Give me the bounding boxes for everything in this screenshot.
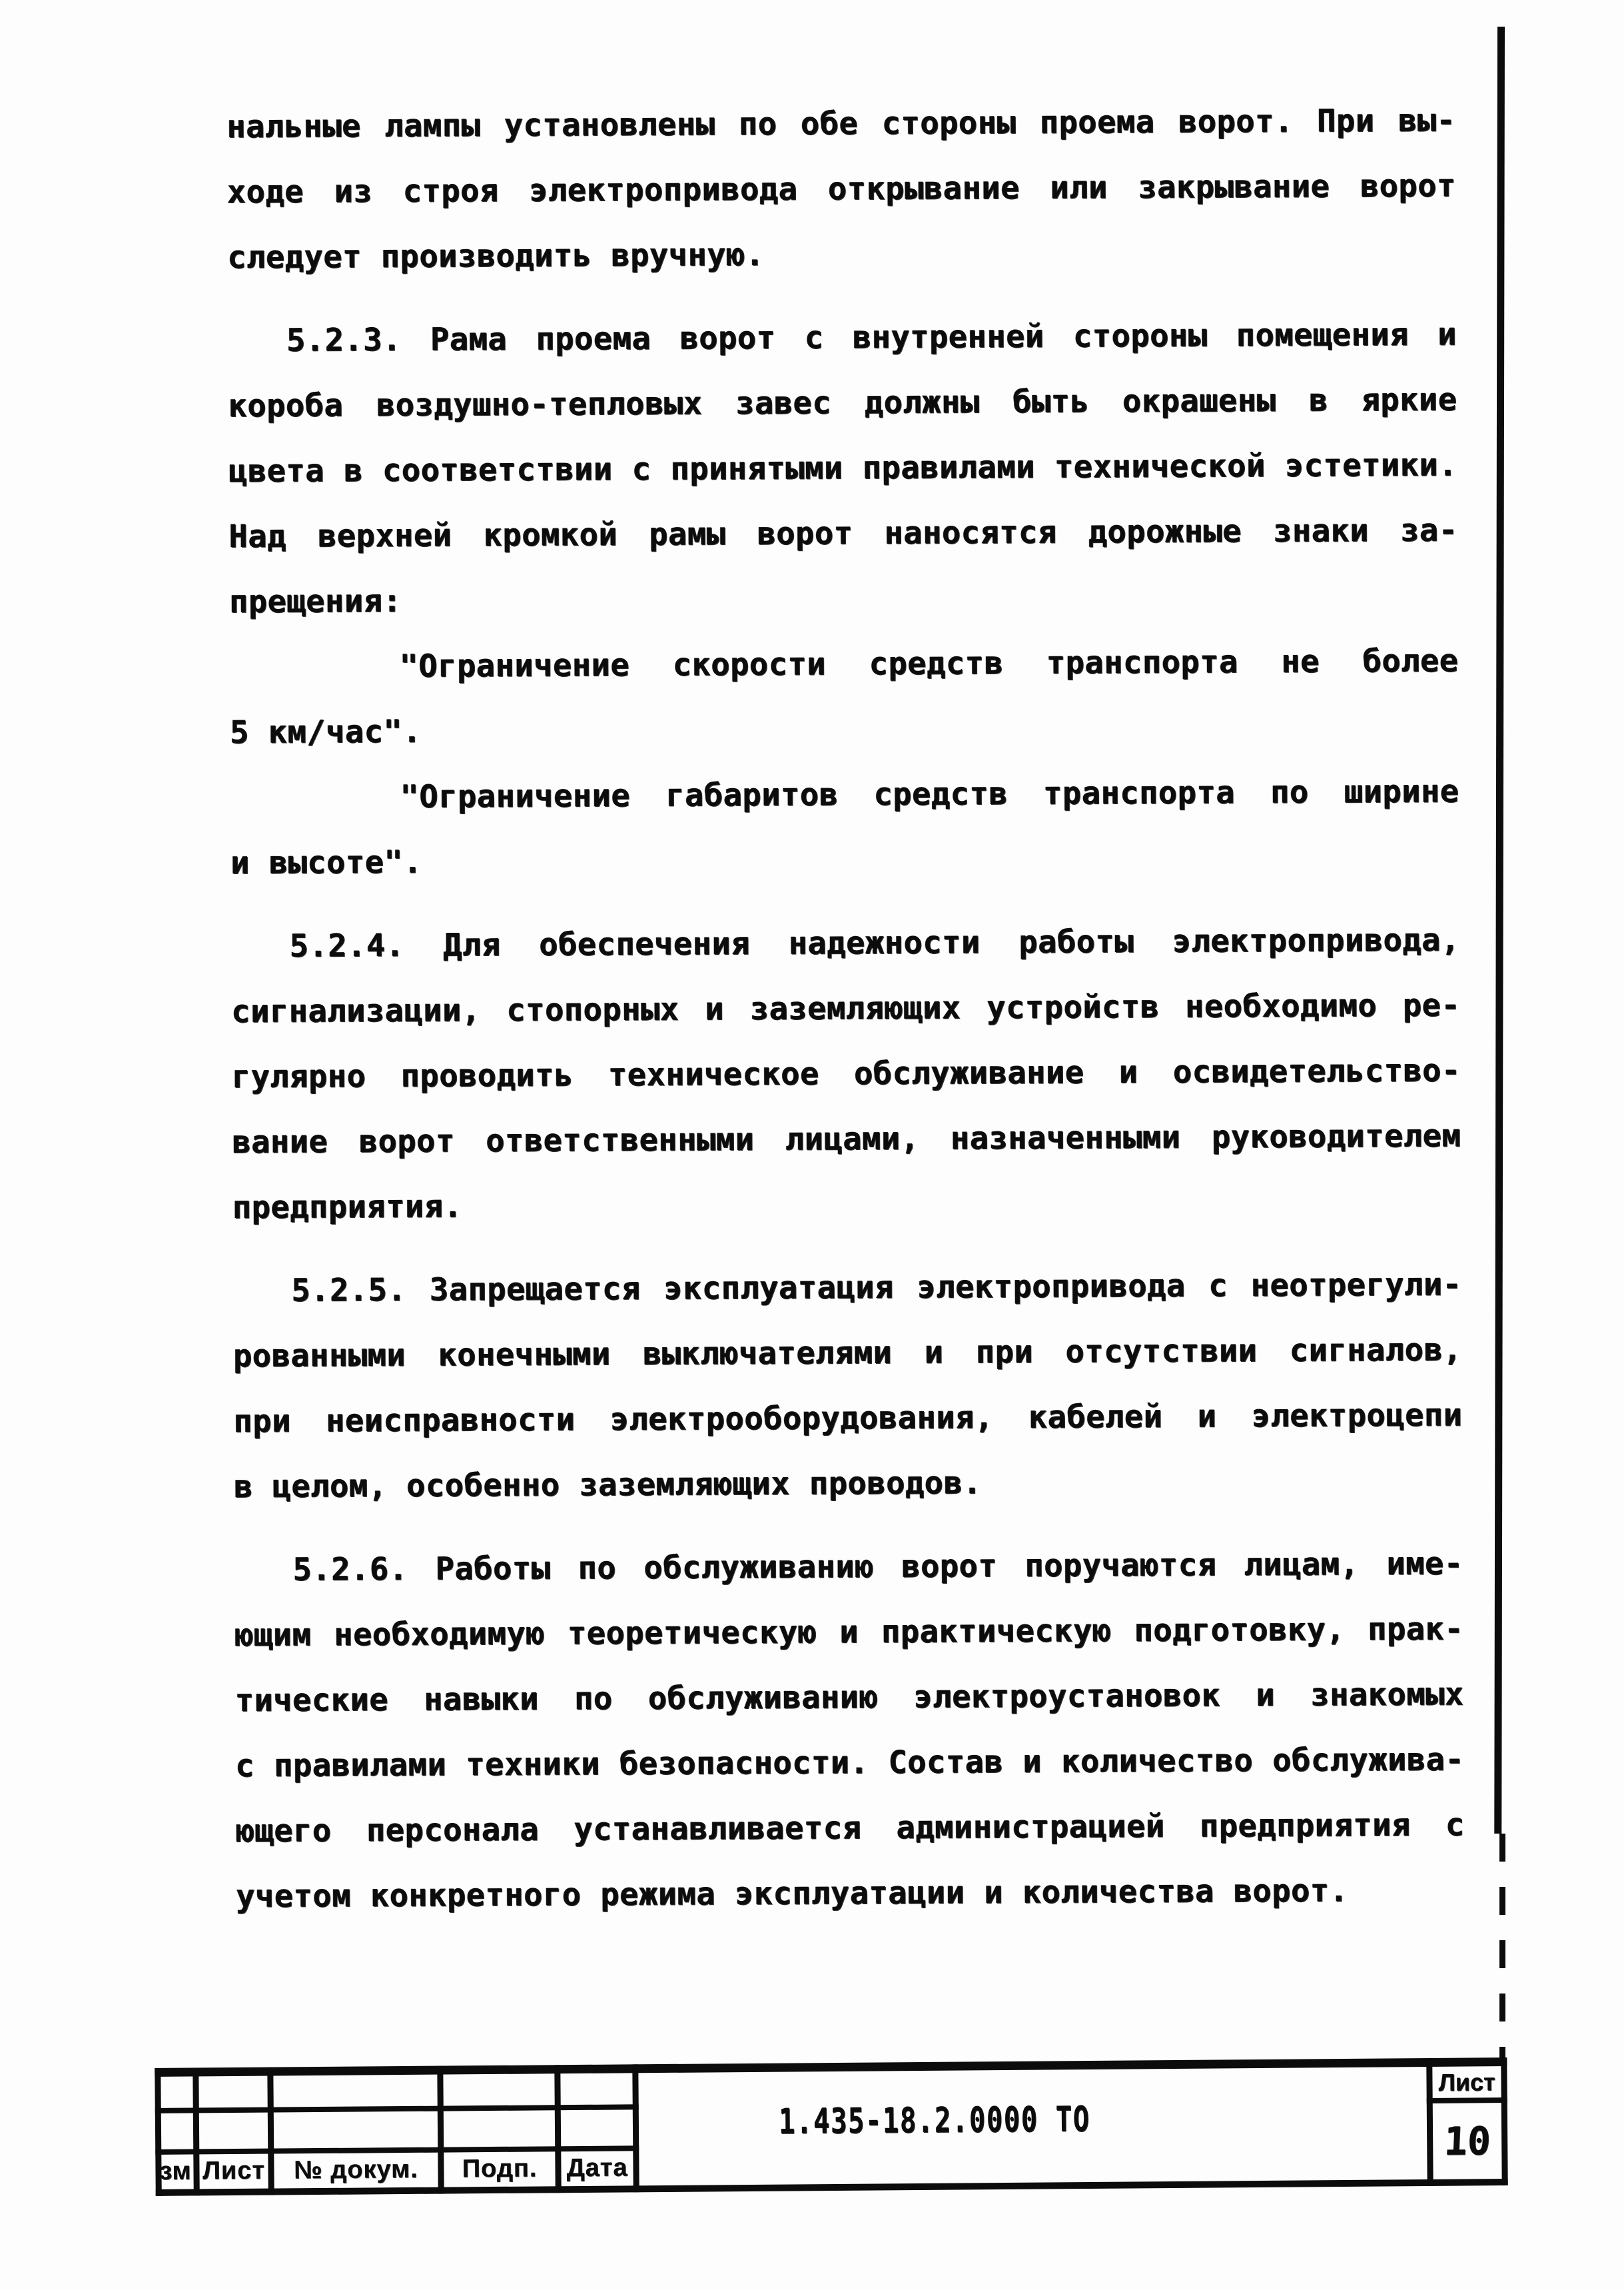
page-frame-right-border-dashed	[1499, 1834, 1505, 2064]
text-line: цвета в соответствии с принятыми правила…	[228, 432, 1457, 504]
text-line: при неисправности электрооборудования, к…	[233, 1383, 1462, 1454]
text-line: 5.2.6. Работы по обслуживанию ворот пору…	[234, 1531, 1463, 1603]
paragraph-continuation: нальные лампы установлены по обе стороны…	[226, 88, 1457, 290]
stamp-col-docnum-label: № докум.	[274, 2151, 438, 2189]
stamp-column-divider	[193, 2067, 200, 2195]
text-line: 5.2.5. Запрещается эксплуатация электроп…	[232, 1252, 1461, 1324]
text-line: в целом, особенно заземляющих проводов.	[234, 1448, 1463, 1520]
text-line: "Ограничение скорости средств транспорта…	[229, 628, 1458, 700]
stamp-column-divider	[267, 2067, 274, 2195]
text-line: ющего персонала устанавливается админист…	[235, 1792, 1464, 1864]
stamp-col-podp-label: Подп.	[444, 2150, 555, 2187]
text-line: 5.2.3. Рама проема ворот с внутренней ст…	[228, 302, 1457, 374]
text-line: ющим необходимую теоретическую и практич…	[234, 1596, 1463, 1668]
text-line: короба воздушно-тепловых завес должны бы…	[228, 367, 1457, 439]
paragraph-5-2-6: 5.2.6. Работы по обслуживанию ворот пору…	[234, 1531, 1465, 1930]
text-line: 5 км/час".	[230, 694, 1459, 766]
text-line: сигнализации, стопорных и заземляющих ус…	[231, 973, 1460, 1045]
stamp-sheet-label: Лист	[1432, 2066, 1501, 2098]
text-line: учетом конкретного режима эксплуатации и…	[236, 1858, 1465, 1930]
text-line: нальные лампы установлены по обе стороны…	[226, 88, 1455, 160]
stamp-border-top	[155, 2057, 1507, 2077]
text-line: прещения:	[229, 563, 1458, 635]
text-line: ходе из строя электропривода открывание …	[227, 153, 1456, 225]
text-line: Над верхней кромкой рамы ворот наносятся…	[228, 498, 1457, 570]
text-line: рованными конечными выключателями и при …	[233, 1317, 1462, 1389]
text-line: "Ограничение габаритов средств транспорт…	[230, 759, 1459, 831]
stamp-col-izm-label: зм	[158, 2153, 193, 2189]
title-block: зм Лист № докум. Подп. Дата 1.435-18.2.0…	[155, 2057, 1507, 2196]
paragraph-5-2-4: 5.2.4. Для обеспечения надежности работы…	[230, 907, 1461, 1241]
paragraph-5-2-5: 5.2.5. Запрещается эксплуатация электроп…	[232, 1252, 1463, 1520]
stamp-column-divider	[554, 2065, 562, 2193]
text-line: следует производить вручную.	[227, 219, 1456, 290]
document-body: нальные лампы установлены по обе стороны…	[226, 88, 1465, 1930]
text-line: вание ворот ответственными лицами, назна…	[232, 1103, 1461, 1175]
scanned-page: нальные лампы установлены по обе стороны…	[0, 0, 1624, 2290]
stamp-row-divider	[155, 2104, 639, 2113]
text-line: предприятия.	[232, 1169, 1461, 1241]
page-frame-right-border	[1494, 27, 1505, 1834]
text-line: 5.2.4. Для обеспечения надежности работы…	[230, 907, 1459, 979]
stamp-col-list-label: Лист	[199, 2153, 268, 2189]
stamp-document-number: 1.435-18.2.0000 ТО	[779, 2099, 1090, 2142]
text-line: тические навыки по обслуживанию электроу…	[234, 1662, 1463, 1734]
quote-speed-limit: "Ограничение скорости средств транспорта…	[229, 628, 1459, 766]
stamp-column-divider	[437, 2066, 444, 2194]
stamp-col-data-label: Дата	[561, 2149, 633, 2186]
text-line: гулярно проводить техническое обслуживан…	[231, 1038, 1460, 1110]
text-line: и высоте".	[230, 824, 1459, 896]
stamp-column-divider	[632, 2064, 639, 2192]
paragraph-5-2-3: 5.2.3. Рама проема ворот с внутренней ст…	[228, 302, 1459, 635]
stamp-sheet-number: 10	[1431, 2103, 1503, 2179]
text-line: с правилами техники безопасности. Состав…	[235, 1727, 1464, 1799]
quote-size-limit: "Ограничение габаритов средств транспорт…	[230, 759, 1459, 896]
